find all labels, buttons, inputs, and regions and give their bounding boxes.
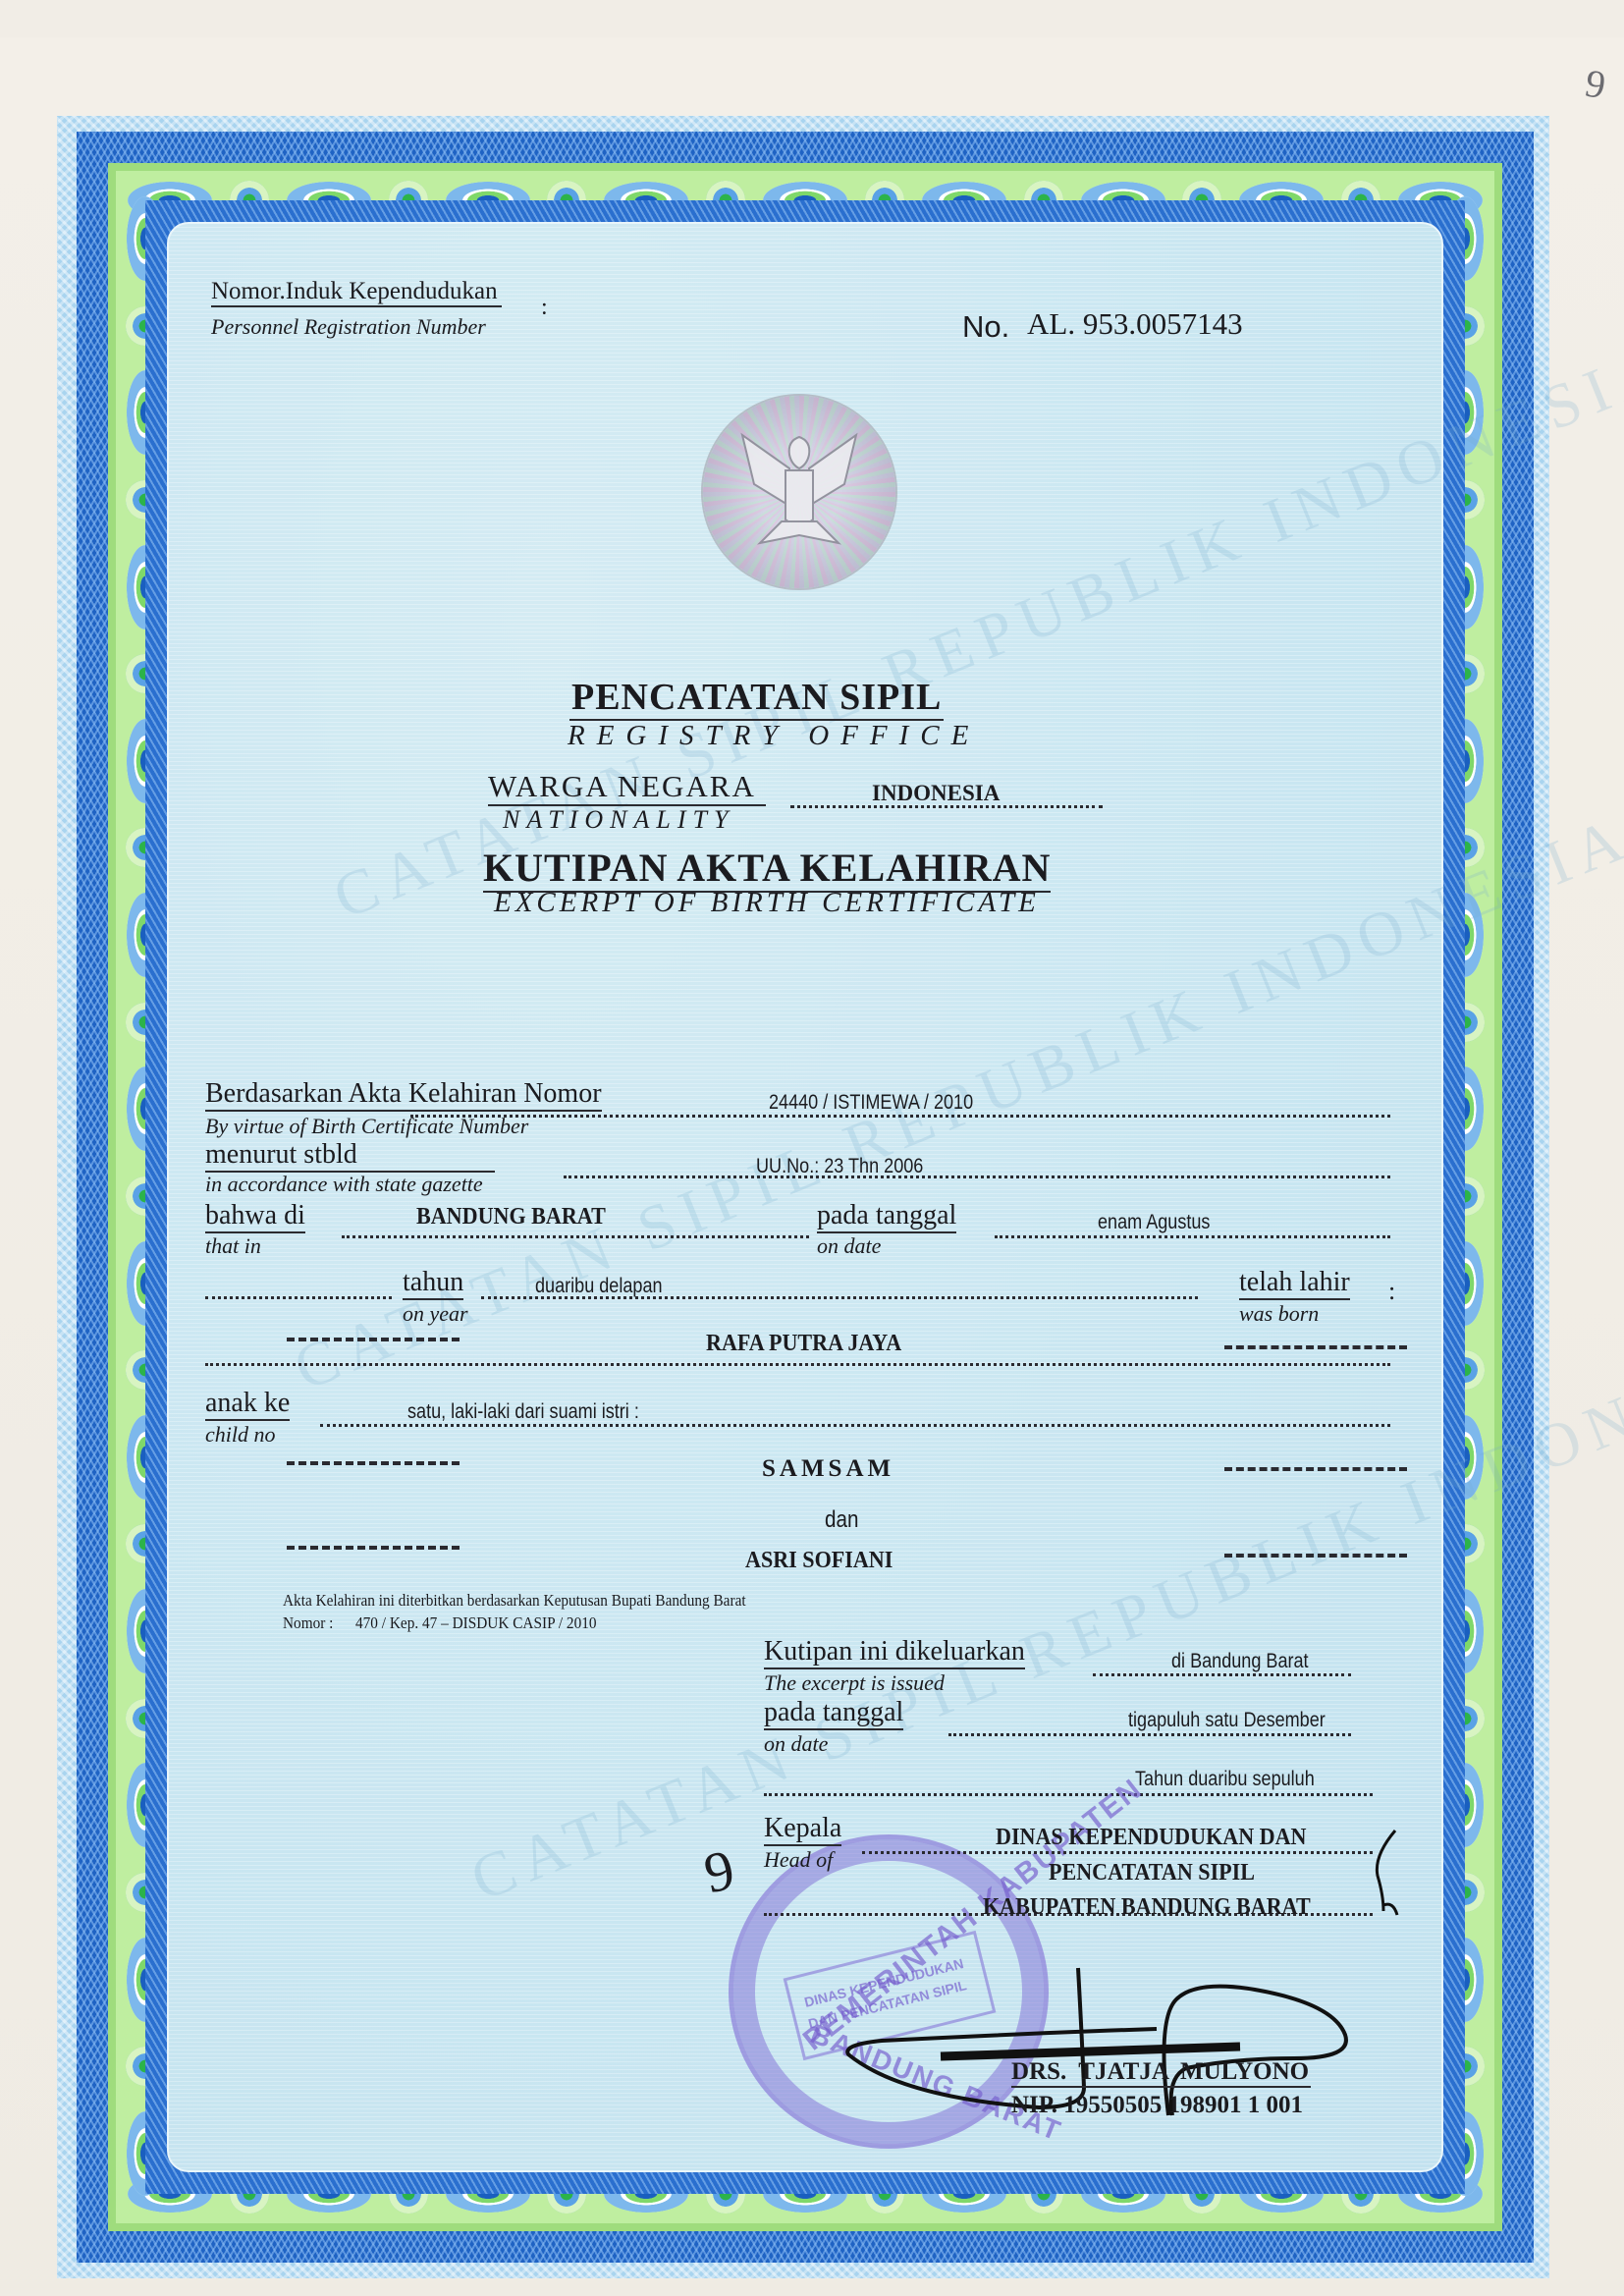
certificate-title-en: EXCERPT OF BIRTH CERTIFICATE [494,887,1040,919]
issued-date-label-id: pada tanggal [764,1697,903,1730]
issued-date-dotted-line [948,1733,1351,1736]
gazette-label-en: in accordance with state gazette [205,1172,483,1197]
cert-number-dotted-line [410,1115,1390,1118]
born-label-en: was born [1239,1301,1319,1327]
date-label-en: on date [817,1233,881,1259]
decree-number-label: Nomor : [283,1613,333,1633]
signatory-name: DRS. TJATJA MULYONO [1011,2058,1311,2088]
year-leading-dotted-line [205,1296,392,1299]
gazette-dotted-line [564,1175,1390,1178]
place-value: BANDUNG BARAT [416,1204,606,1230]
child-no-label-en: child no [205,1422,276,1448]
mother-left-dashes [287,1546,460,1550]
child-no-label-id: anak ke [205,1388,290,1421]
nik-label-en: Personnel Registration Number [211,314,486,340]
date-dotted-line [995,1235,1390,1238]
date-value: enam Agustus [1098,1211,1210,1234]
year-label-id: tahun [403,1267,463,1300]
born-label-id: telah lahir [1239,1267,1350,1300]
father-left-dashes [287,1461,460,1465]
place-label-en: that in [205,1233,261,1259]
signatory-nip: NIP. 19550505 198901 1 001 [1011,2092,1303,2119]
issued-date-label-en: on date [764,1731,828,1757]
garuda-hologram-seal-icon [703,396,895,588]
year-value: duaribu delapan [535,1275,663,1298]
child-name-left-dashes [287,1338,460,1341]
place-label-id: bahwa di [205,1200,305,1233]
mother-right-dashes [1224,1554,1407,1558]
child-name: RAFA PUTRA JAYA [706,1331,901,1357]
serial-number: AL. 953.0057143 [1027,306,1243,342]
office-line-3: KABUPATEN BANDUNG BARAT [983,1894,1311,1921]
date-label-id: pada tanggal [817,1200,956,1233]
office-line-1: DINAS KEPENDUDUKAN DAN [996,1825,1306,1851]
paraf-initial-icon [1370,1827,1419,1925]
watermark-text: CATATAN SIPIL REPUBLIK INDONESIA [323,329,1624,934]
born-colon: : [1388,1277,1395,1306]
issued-label-en: The excerpt is issued [764,1670,945,1696]
child-no-dotted-line [320,1424,1390,1427]
nationality-value: INDONESIA [872,781,1000,806]
father-name: SAMSAM [762,1455,894,1483]
year-label-en: on year [403,1301,468,1327]
issued-date-value: tigapuluh satu Desember [1128,1709,1326,1732]
cert-number-label-id: Berdasarkan Akta Kelahiran Nomor [205,1078,602,1112]
father-right-dashes [1224,1467,1407,1471]
issued-place-value: di Bandung Barat [1171,1650,1309,1673]
place-dotted-line [342,1235,809,1238]
gazette-value: UU.No.: 23 Thn 2006 [756,1155,923,1178]
issued-place-dotted-line [1093,1673,1351,1676]
decree-number-value: 470 / Kep. 47 – DISDUK CASIP / 2010 [355,1613,597,1633]
office-title-en: REGISTRY OFFICE [568,720,980,752]
serial-prefix: No. [962,309,1009,345]
office-title-id: PENCATATAN SIPIL [569,676,944,721]
mother-name: ASRI SOFIANI [745,1548,893,1574]
cert-number-value: 24440 / ISTIMEWA / 2010 [769,1091,973,1115]
nik-colon: : [541,295,548,321]
head-dotted-line-1 [862,1851,1373,1854]
issued-label-id: Kutipan ini dikeluarkan [764,1636,1025,1669]
decree-line-1: Akta Kelahiran ini diterbitkan berdasark… [283,1591,746,1611]
child-name-dotted-line [205,1363,1390,1366]
head-label-en: Head of [764,1847,833,1873]
nik-label-id: Nomor.Induk Kependudukan [211,278,502,307]
nationality-label-en: NATIONALITY [503,805,734,835]
issued-year-dotted-line [764,1793,1373,1796]
office-line-2: PENCATATAN SIPIL [1049,1860,1255,1886]
parents-conjunction: dan [825,1506,858,1534]
issued-year-value: Tahun duaribu sepuluh [1135,1768,1315,1791]
child-name-right-dashes [1224,1345,1407,1349]
certificate-title-id: KUTIPAN AKTA KELAHIRAN [483,845,1051,893]
nationality-label-id: WARGA NEGARA [488,769,766,806]
gazette-label-id: menurut stbld [205,1139,495,1173]
head-label-id: Kepala [764,1813,841,1846]
child-no-value: satu, laki-laki dari suami istri : [407,1400,639,1424]
